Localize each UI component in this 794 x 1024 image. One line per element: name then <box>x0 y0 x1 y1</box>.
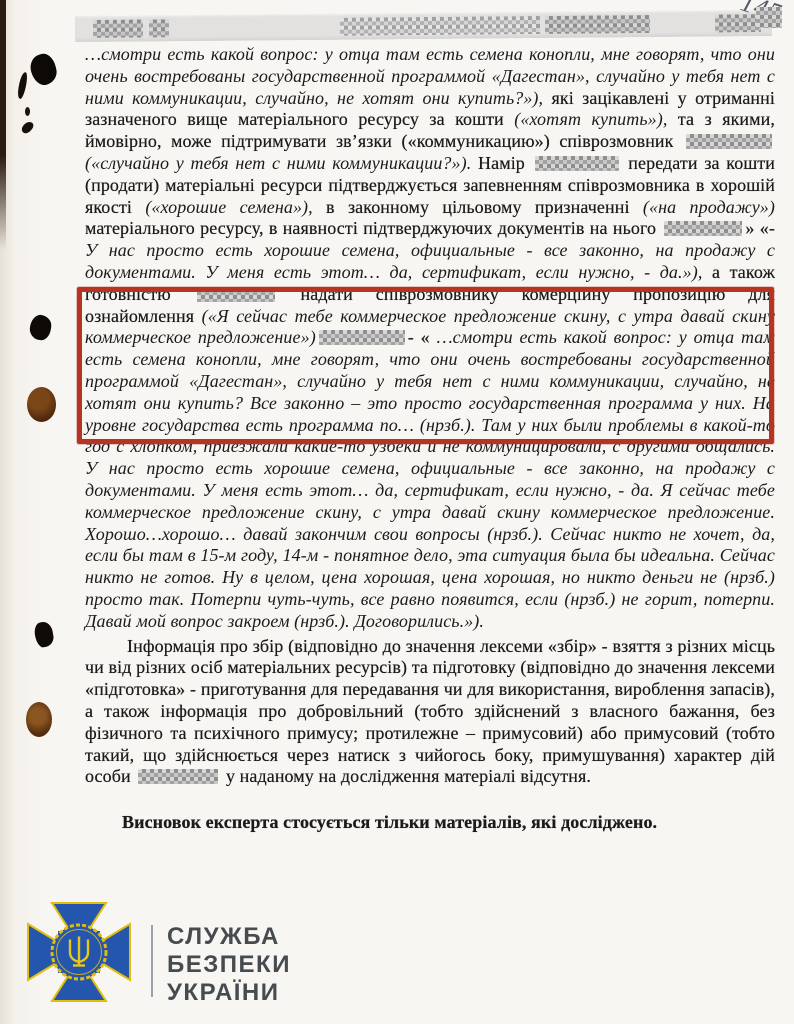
logo-line: УКРАЇНИ <box>167 979 291 1007</box>
sbu-logo: СЛУЖБА БЕЗПЕКИ УКРАЇНИ <box>27 902 357 1012</box>
ink-stain <box>28 314 52 342</box>
redaction-block <box>93 19 143 37</box>
punch-hole-stain <box>27 387 56 422</box>
text-segment: у наданому на дослідження матеріалі відс… <box>221 766 591 786</box>
logo-line: СЛУЖБА <box>167 923 291 951</box>
redaction-block <box>686 134 772 149</box>
document-page: 145 …смотри есть какой вопрос: у отца та… <box>0 0 794 1024</box>
redaction-block <box>535 156 619 171</box>
redaction-block <box>149 19 169 37</box>
text-segment: матеріального ресурсу, в наявності підтв… <box>85 218 661 238</box>
logo-line: БЕЗПЕКИ <box>167 951 291 979</box>
text-segment: Інформація про збір (відповідно до значе… <box>85 636 775 787</box>
sbu-logo-text: СЛУЖБА БЕЗПЕКИ УКРАЇНИ <box>167 923 291 1007</box>
text-segment: («хорошие семена»), <box>145 197 312 217</box>
redaction-block <box>197 287 275 302</box>
redaction-block <box>664 221 742 236</box>
redaction-block <box>319 330 405 345</box>
text-segment: У нас просто есть хорошие семена, официа… <box>85 240 775 282</box>
scan-edge <box>0 0 6 250</box>
paragraph-transcript: …смотри есть какой вопрос: у отца там ес… <box>85 44 775 633</box>
ink-stain <box>25 107 30 116</box>
redaction-block <box>756 7 782 28</box>
punch-hole-stain <box>26 702 52 737</box>
text-segment: Намір <box>471 153 531 173</box>
text-segment: («случайно у тебя нет с ними коммуникаци… <box>85 153 471 173</box>
text-segment: («на продажу») <box>643 197 775 217</box>
text-segment: («хотят купить»), <box>514 109 667 129</box>
sbu-cross-icon <box>27 902 131 1002</box>
ink-stain <box>28 51 60 87</box>
paragraph-analysis: Інформація про збір (відповідно до значе… <box>85 636 775 789</box>
text-segment: - « <box>408 327 437 347</box>
header-redaction-bar <box>75 10 772 42</box>
text-segment: …смотри есть какой вопрос: у отца там ес… <box>85 327 775 630</box>
redaction-block <box>138 769 218 784</box>
ink-stain <box>20 120 35 136</box>
redaction-block <box>545 15 650 34</box>
logo-divider <box>151 925 153 997</box>
text-segment: в законному цільовому призначенні <box>313 197 643 217</box>
document-text: …смотри есть какой вопрос: у отца там ес… <box>85 44 775 837</box>
ink-stain <box>17 72 29 100</box>
paragraph-conclusion: Висновок експерта стосується тільки мате… <box>85 812 775 834</box>
conclusion-text: Висновок експерта стосується тільки мате… <box>122 812 657 832</box>
text-segment: » «- <box>745 218 775 238</box>
redaction-block <box>340 16 540 36</box>
ink-stain <box>33 621 55 649</box>
